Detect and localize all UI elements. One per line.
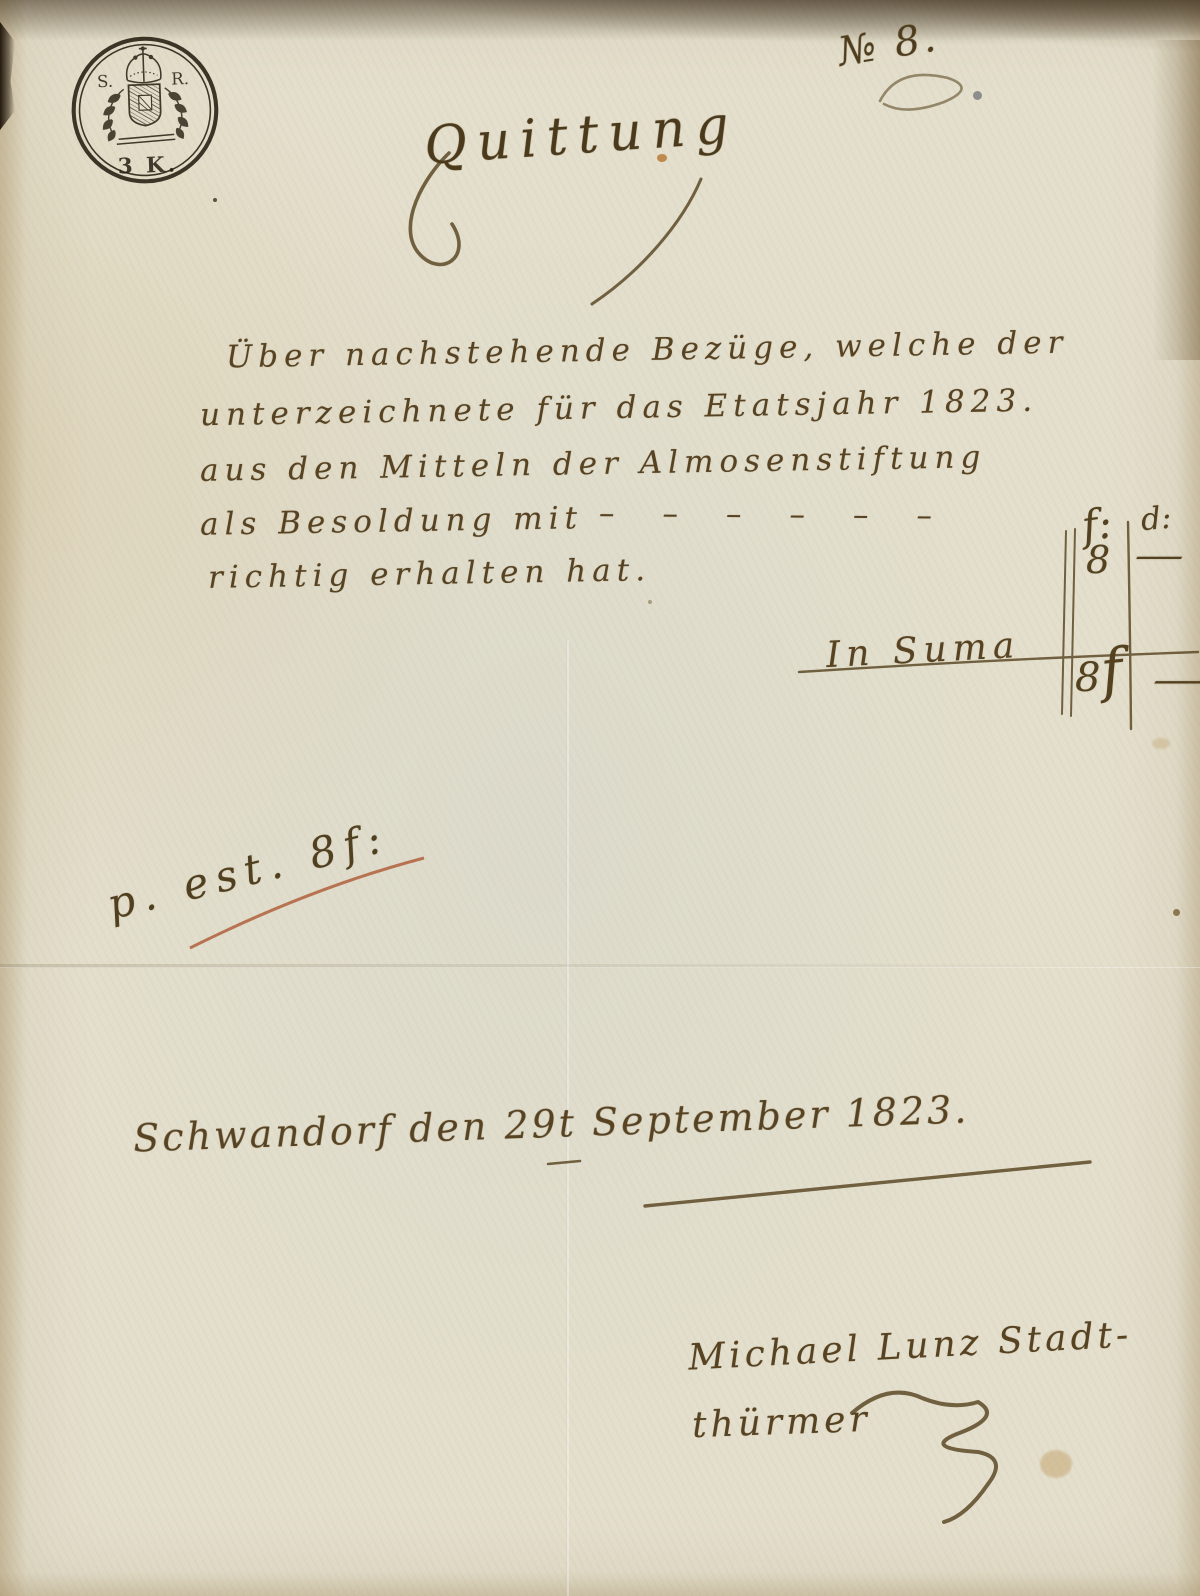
body-line: aus den Mitteln der Almosenstiftung xyxy=(200,439,987,489)
paper-corner-tear xyxy=(0,22,15,130)
body-line: unterzeichnete für das Etatsjahr 1823. xyxy=(200,383,1039,434)
paper-stain xyxy=(1152,738,1170,749)
signature-paraph xyxy=(852,1393,996,1522)
margin-annotation: p. est. 8f: xyxy=(102,812,393,929)
stamp-base-lines xyxy=(117,134,176,144)
amount-florin-value: 8 xyxy=(1086,538,1110,582)
table-double-rule-1 xyxy=(1062,531,1066,714)
date-underline-flourish xyxy=(645,1162,1090,1206)
signature-line-2: thürmer xyxy=(691,1399,871,1446)
29t-underline xyxy=(548,1161,580,1164)
paper-stain xyxy=(1173,909,1180,916)
signature-line-1: Michael Lunz Stadt- xyxy=(687,1314,1133,1378)
page-title: Quittung xyxy=(422,95,740,177)
body-line: richtig erhalten hat. xyxy=(208,552,652,596)
ink-dot xyxy=(213,198,217,202)
paper-right-shadow xyxy=(1136,40,1200,360)
docnum-paraph xyxy=(880,75,962,110)
stamp-denomination: 3 K. xyxy=(117,152,178,179)
suma-florin-unit: f xyxy=(1098,635,1126,705)
stamp-shield xyxy=(128,84,161,126)
stamp-crown-icon xyxy=(126,47,161,84)
body-line: als Besoldung mit–––––– xyxy=(200,493,981,543)
ink-dot xyxy=(648,600,652,604)
column-header-denar: d: xyxy=(1139,500,1172,539)
stamp-letter-s: S. xyxy=(97,72,114,92)
scanned-receipt-page: S. R. 3 K. xyxy=(0,0,1200,1596)
suma-label: In Suma xyxy=(825,625,1021,676)
body-line-text: als Besoldung mit xyxy=(200,500,584,543)
suma-florin-value: 8 xyxy=(1075,655,1100,701)
pin-hole xyxy=(973,91,982,100)
title-g-tail-flourish xyxy=(592,179,701,304)
place-date-line: Schwandorf den 29t September 1823. xyxy=(132,1087,970,1160)
paper-stain xyxy=(1040,1450,1072,1478)
doc-number: № 8. xyxy=(835,14,942,75)
amount-dash-fill: –––––– xyxy=(583,495,980,534)
amount-denar-dash: – xyxy=(1132,536,1186,576)
revenue-stamp: S. R. 3 K. xyxy=(59,25,231,197)
stamp-letter-r: R. xyxy=(171,69,189,89)
table-column-rule xyxy=(1128,522,1131,729)
horizontal-fold-crease xyxy=(0,964,1200,968)
suma-denar-dash: – xyxy=(1150,660,1200,701)
body-line: Über nachstehende Bezüge, welche der xyxy=(226,325,1069,376)
